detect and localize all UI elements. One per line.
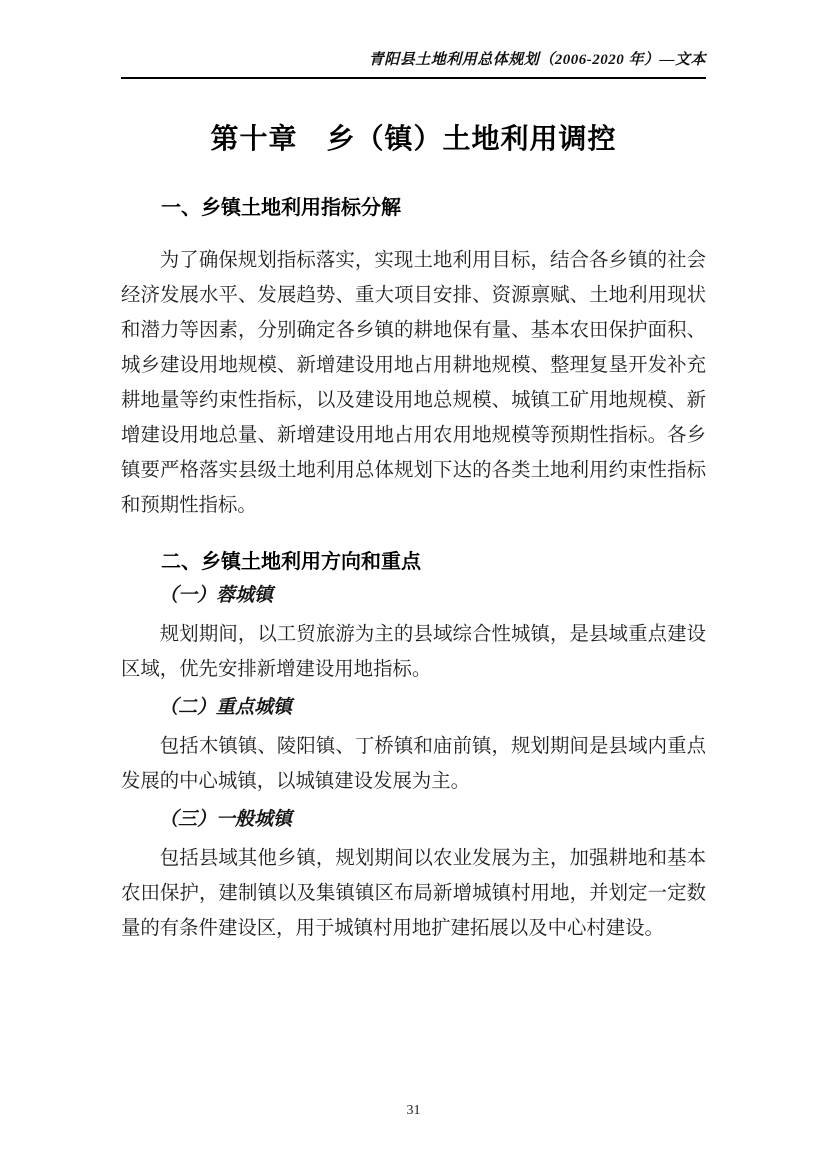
subsection-2-heading: （二）重点城镇 — [121, 695, 706, 721]
subsection-1-heading: （一）蓉城镇 — [121, 583, 706, 609]
page-number: 31 — [0, 1103, 827, 1119]
section-1-paragraph: 为了确保规划指标落实，实现土地利用目标，结合各乡镇的社会经济发展水平、发展趋势、… — [121, 243, 706, 523]
header-rule — [121, 77, 706, 79]
page-content: 青阳县土地利用总体规划（2006-2020 年）—文本 第十章 乡（镇）土地利用… — [121, 0, 706, 946]
subsection-3-paragraph: 包括县域其他乡镇，规划期间以农业发展为主，加强耕地和基本农田保护，建制镇以及集镇… — [121, 841, 706, 946]
subsection-1-paragraph: 规划期间，以工贸旅游为主的县域综合性城镇，是县域重点建设区域，优先安排新增建设用… — [121, 617, 706, 687]
running-header: 青阳县土地利用总体规划（2006-2020 年）—文本 — [121, 52, 706, 69]
document-page: 青阳县土地利用总体规划（2006-2020 年）—文本 第十章 乡（镇）土地利用… — [0, 0, 827, 1169]
subsection-3-heading: （三）一般城镇 — [121, 807, 706, 833]
subsection-2-paragraph: 包括木镇镇、陵阳镇、丁桥镇和庙前镇，规划期间是县域内重点发展的中心城镇，以城镇建… — [121, 729, 706, 799]
section-1-heading: 一、乡镇土地利用指标分解 — [121, 195, 706, 221]
section-2-heading: 二、乡镇土地利用方向和重点 — [121, 549, 706, 575]
chapter-title: 第十章 乡（镇）土地利用调控 — [121, 119, 706, 159]
